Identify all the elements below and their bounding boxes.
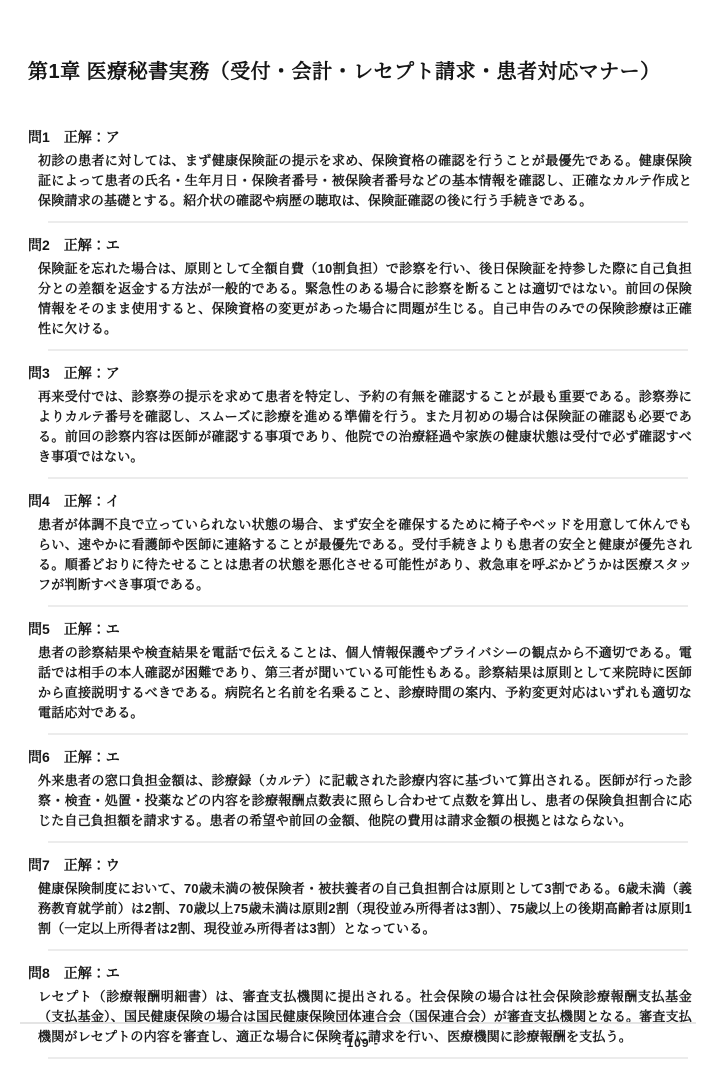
question-header: 問3正解：ア (28, 365, 692, 381)
question-block: 問4正解：イ 患者が体調不良で立っていられない状態の場合、まず安全を確保するため… (0, 493, 716, 607)
question-divider (48, 349, 688, 351)
question-divider (48, 733, 688, 735)
question-divider (48, 605, 688, 607)
answer-prefix: 正解： (64, 749, 106, 765)
answer-prefix: 正解： (64, 965, 106, 981)
answer-letter: イ (106, 493, 120, 509)
chapter-title: 第1章 医療秘書実務（受付・会計・レセプト請求・患者対応マナー） (0, 0, 716, 87)
question-header: 問8正解：エ (28, 965, 692, 981)
question-number: 問6 (28, 749, 50, 765)
answer-letter: エ (106, 621, 120, 637)
question-explanation: 保険証を忘れた場合は、原則として全額自費（10割負担）で診察を行い、後日保険証を… (38, 259, 692, 339)
answer-prefix: 正解： (64, 493, 106, 509)
question-block: 問2正解：エ 保険証を忘れた場合は、原則として全額自費（10割負担）で診察を行い… (0, 237, 716, 351)
question-explanation: 再来受付では、診察券の提示を求めて患者を特定し、予約の有無を確認することが最も重… (38, 387, 692, 467)
question-explanation: 初診の患者に対しては、まず健康保険証の提示を求め、保険資格の確認を行うことが最優… (38, 151, 692, 211)
answer-prefix: 正解： (64, 129, 106, 145)
question-header: 問1正解：ア (28, 129, 692, 145)
question-header: 問6正解：エ (28, 749, 692, 765)
question-header: 問4正解：イ (28, 493, 692, 509)
question-block: 問5正解：エ 患者の診察結果や検査結果を電話で伝えることは、個人情報保護やプライ… (0, 621, 716, 735)
question-explanation: 外来患者の窓口負担金額は、診療録（カルテ）に記載された診療内容に基づいて算出され… (38, 771, 692, 831)
question-block: 問3正解：ア 再来受付では、診察券の提示を求めて患者を特定し、予約の有無を確認す… (0, 365, 716, 479)
document-page: 第1章 医療秘書実務（受付・会計・レセプト請求・患者対応マナー） 問1正解：ア … (0, 0, 716, 1080)
question-number: 問2 (28, 237, 50, 253)
question-explanation: 健康保険制度において、70歳未満の被保険者・被扶養者の自己負担割合は原則として3… (38, 879, 692, 939)
answer-prefix: 正解： (64, 621, 106, 637)
question-block: 問7正解：ウ 健康保険制度において、70歳未満の被保険者・被扶養者の自己負担割合… (0, 857, 716, 951)
answer-letter: ア (106, 129, 120, 145)
answer-letter: エ (106, 237, 120, 253)
question-explanation: 患者の診察結果や検査結果を電話で伝えることは、個人情報保護やプライバシーの観点か… (38, 643, 692, 723)
question-block: 問6正解：エ 外来患者の窓口負担金額は、診療録（カルテ）に記載された診療内容に基… (0, 749, 716, 843)
page-number: - 109 - (0, 1036, 716, 1050)
answer-letter: エ (106, 749, 120, 765)
question-number: 問1 (28, 129, 50, 145)
answer-letter: ア (106, 365, 120, 381)
question-block: 問1正解：ア 初診の患者に対しては、まず健康保険証の提示を求め、保険資格の確認を… (0, 129, 716, 223)
answer-prefix: 正解： (64, 857, 106, 873)
question-number: 問4 (28, 493, 50, 509)
question-list: 問1正解：ア 初診の患者に対しては、まず健康保険証の提示を求め、保険資格の確認を… (0, 129, 716, 1059)
question-header: 問2正解：エ (28, 237, 692, 253)
answer-prefix: 正解： (64, 237, 106, 253)
question-number: 問8 (28, 965, 50, 981)
answer-letter: エ (106, 965, 120, 981)
question-explanation: 患者が体調不良で立っていられない状態の場合、まず安全を確保するために椅子やベッド… (38, 515, 692, 595)
question-divider (48, 949, 688, 951)
question-divider (48, 1057, 688, 1059)
question-divider (48, 221, 688, 223)
question-number: 問3 (28, 365, 50, 381)
question-divider (48, 477, 688, 479)
footer-divider (20, 1022, 696, 1024)
question-number: 問5 (28, 621, 50, 637)
question-number: 問7 (28, 857, 50, 873)
answer-prefix: 正解： (64, 365, 106, 381)
question-header: 問7正解：ウ (28, 857, 692, 873)
answer-letter: ウ (106, 857, 120, 873)
question-header: 問5正解：エ (28, 621, 692, 637)
question-divider (48, 841, 688, 843)
